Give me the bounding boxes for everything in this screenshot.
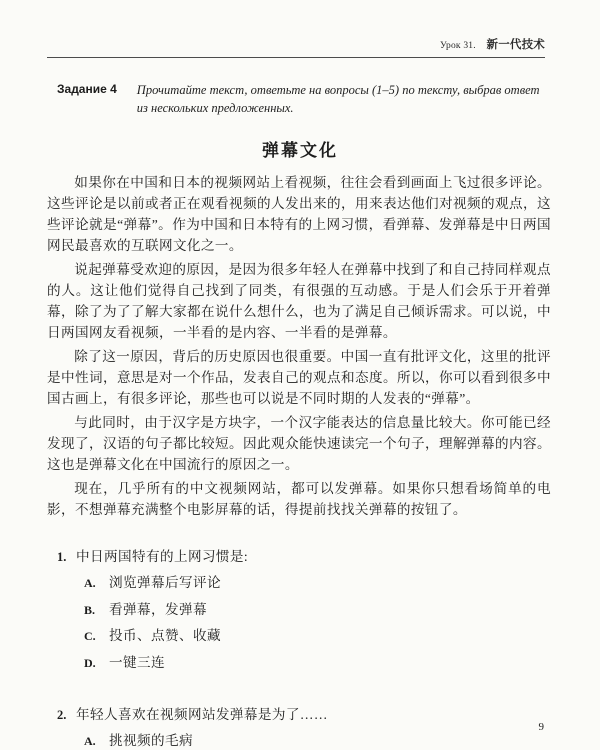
article-paragraph: 说起弹幕受欢迎的原因，是因为很多年轻人在弹幕中找到了和自己持同样观点的人。这让他… (47, 259, 551, 343)
task-block: Задание 4 Прочитайте текст, ответьте на … (57, 81, 551, 117)
option-text: 一键三连 (109, 650, 165, 677)
article-paragraph: 现在，几乎所有的中文视频网站，都可以发弹幕。如果你只想看场简单的电影，不想弹幕充… (47, 478, 551, 520)
question-1-option-c: C. 投币、点赞、收藏 (84, 623, 551, 650)
question-number: 2. (57, 702, 76, 728)
question-1: 1. 中日两国特有的上网习惯是: A. 浏览弹幕后写评论 B. 看弹幕，发弹幕 … (57, 544, 551, 676)
article-paragraph: 除了这一原因，背后的历史原因也很重要。中国一直有批评文化，这里的批评是中性词，意… (47, 346, 551, 409)
article-paragraph: 如果你在中国和日本的视频网站上看视频，往往会看到画面上飞过很多评论。这些评论是以… (47, 172, 551, 256)
option-letter: C. (84, 623, 109, 650)
question-2-stem: 2. 年轻人喜欢在视频网站发弹幕是为了…… (57, 702, 551, 728)
question-2: 2. 年轻人喜欢在视频网站发弹幕是为了…… A. 挑视频的毛病 (57, 702, 551, 750)
task-label: Задание 4 (57, 81, 117, 96)
header-rule (47, 57, 545, 58)
task-instruction: Прочитайте текст, ответьте на вопросы (1… (137, 81, 551, 117)
page-number: 9 (539, 721, 545, 733)
lesson-title: 新一代技术 (487, 39, 546, 51)
option-letter: B. (84, 597, 109, 624)
lesson-number: Урок 31. (440, 41, 476, 51)
questions-section: 1. 中日两国特有的上网习惯是: A. 浏览弹幕后写评论 B. 看弹幕，发弹幕 … (57, 544, 551, 750)
option-text: 挑视频的毛病 (109, 728, 193, 750)
article-paragraph: 与此同时，由于汉字是方块字，一个汉字能表达的信息量比较大。你可能已经发现了，汉语… (47, 412, 551, 475)
question-1-option-d: D. 一键三连 (84, 650, 551, 677)
option-letter: D. (84, 650, 109, 677)
question-number: 1. (57, 544, 76, 570)
question-2-option-a: A. 挑视频的毛病 (84, 728, 551, 750)
option-text: 浏览弹幕后写评论 (109, 570, 221, 597)
option-text: 投币、点赞、收藏 (109, 623, 221, 650)
option-letter: A. (84, 728, 109, 750)
question-text: 中日两国特有的上网习惯是: (76, 544, 248, 570)
option-text: 看弹幕，发弹幕 (109, 597, 207, 624)
option-letter: A. (84, 570, 109, 597)
question-1-stem: 1. 中日两国特有的上网习惯是: (57, 544, 551, 570)
question-1-option-a: A. 浏览弹幕后写评论 (84, 570, 551, 597)
question-text: 年轻人喜欢在视频网站发弹幕是为了…… (76, 702, 328, 728)
article-title: 弹幕文化 (0, 136, 600, 161)
running-head: Урок 31. 新一代技术 (47, 36, 545, 52)
question-1-option-b: B. 看弹幕，发弹幕 (84, 597, 551, 624)
